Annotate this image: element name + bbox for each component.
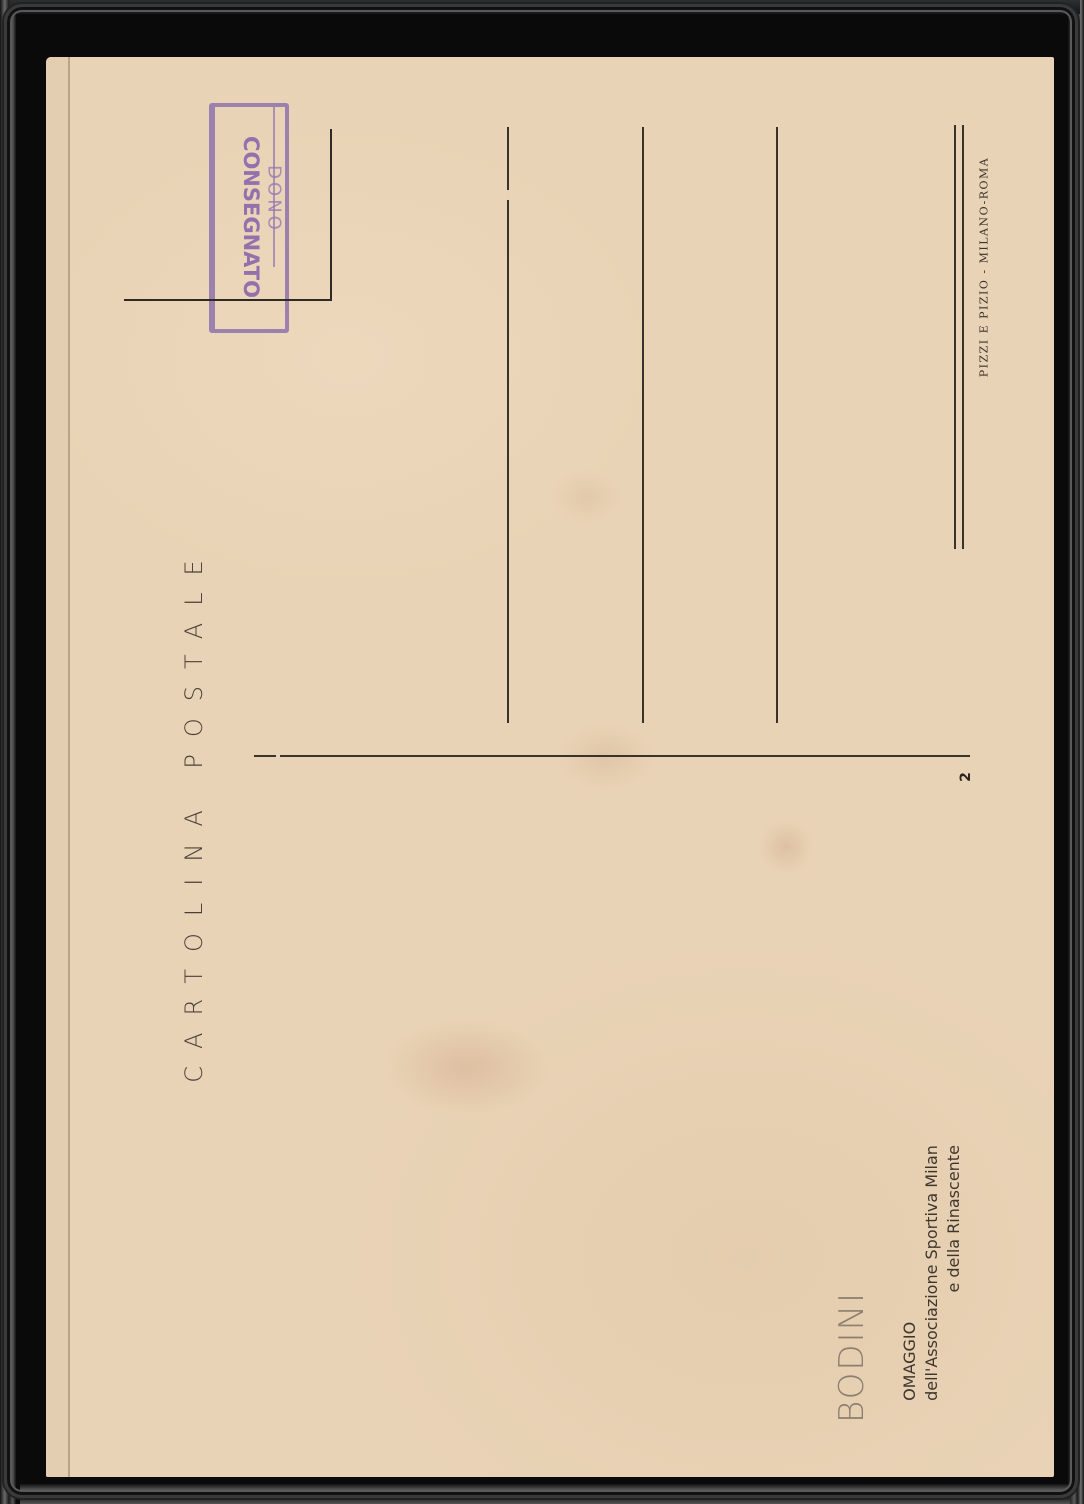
card-number: 2 xyxy=(958,772,974,782)
center-divider xyxy=(254,755,970,757)
rubber-stamp-line1: CONSEGNATO xyxy=(239,136,263,298)
credit-line-2: e della Rinascente xyxy=(943,1145,965,1401)
postcard-title: CARTOLINA POSTALE xyxy=(180,543,208,1082)
handwritten-name: BODINI xyxy=(832,1291,872,1423)
card-left-margin xyxy=(46,57,70,1477)
credit-line-1: dell'Associazione Sportiva Milan xyxy=(921,1145,943,1401)
printer-imprint: PIZZI E PIZIO - MILANO-ROMA xyxy=(978,157,991,378)
printer-double-rule xyxy=(954,125,964,549)
address-line-2 xyxy=(642,127,644,723)
stamp-box-line-horizontal xyxy=(124,299,332,301)
stamp-box-line-vertical xyxy=(330,129,332,301)
postcard-back: CARTOLINA POSTALE CONSEGNATO DONO PIZZI … xyxy=(46,57,1054,1477)
rubber-stamp-line2: DONO xyxy=(264,165,285,233)
credit-heading: OMAGGIO xyxy=(899,1145,921,1401)
address-line-3 xyxy=(776,127,778,723)
credit-block: OMAGGIO dell'Associazione Sportiva Milan… xyxy=(899,1145,965,1401)
address-line-1 xyxy=(507,127,509,723)
